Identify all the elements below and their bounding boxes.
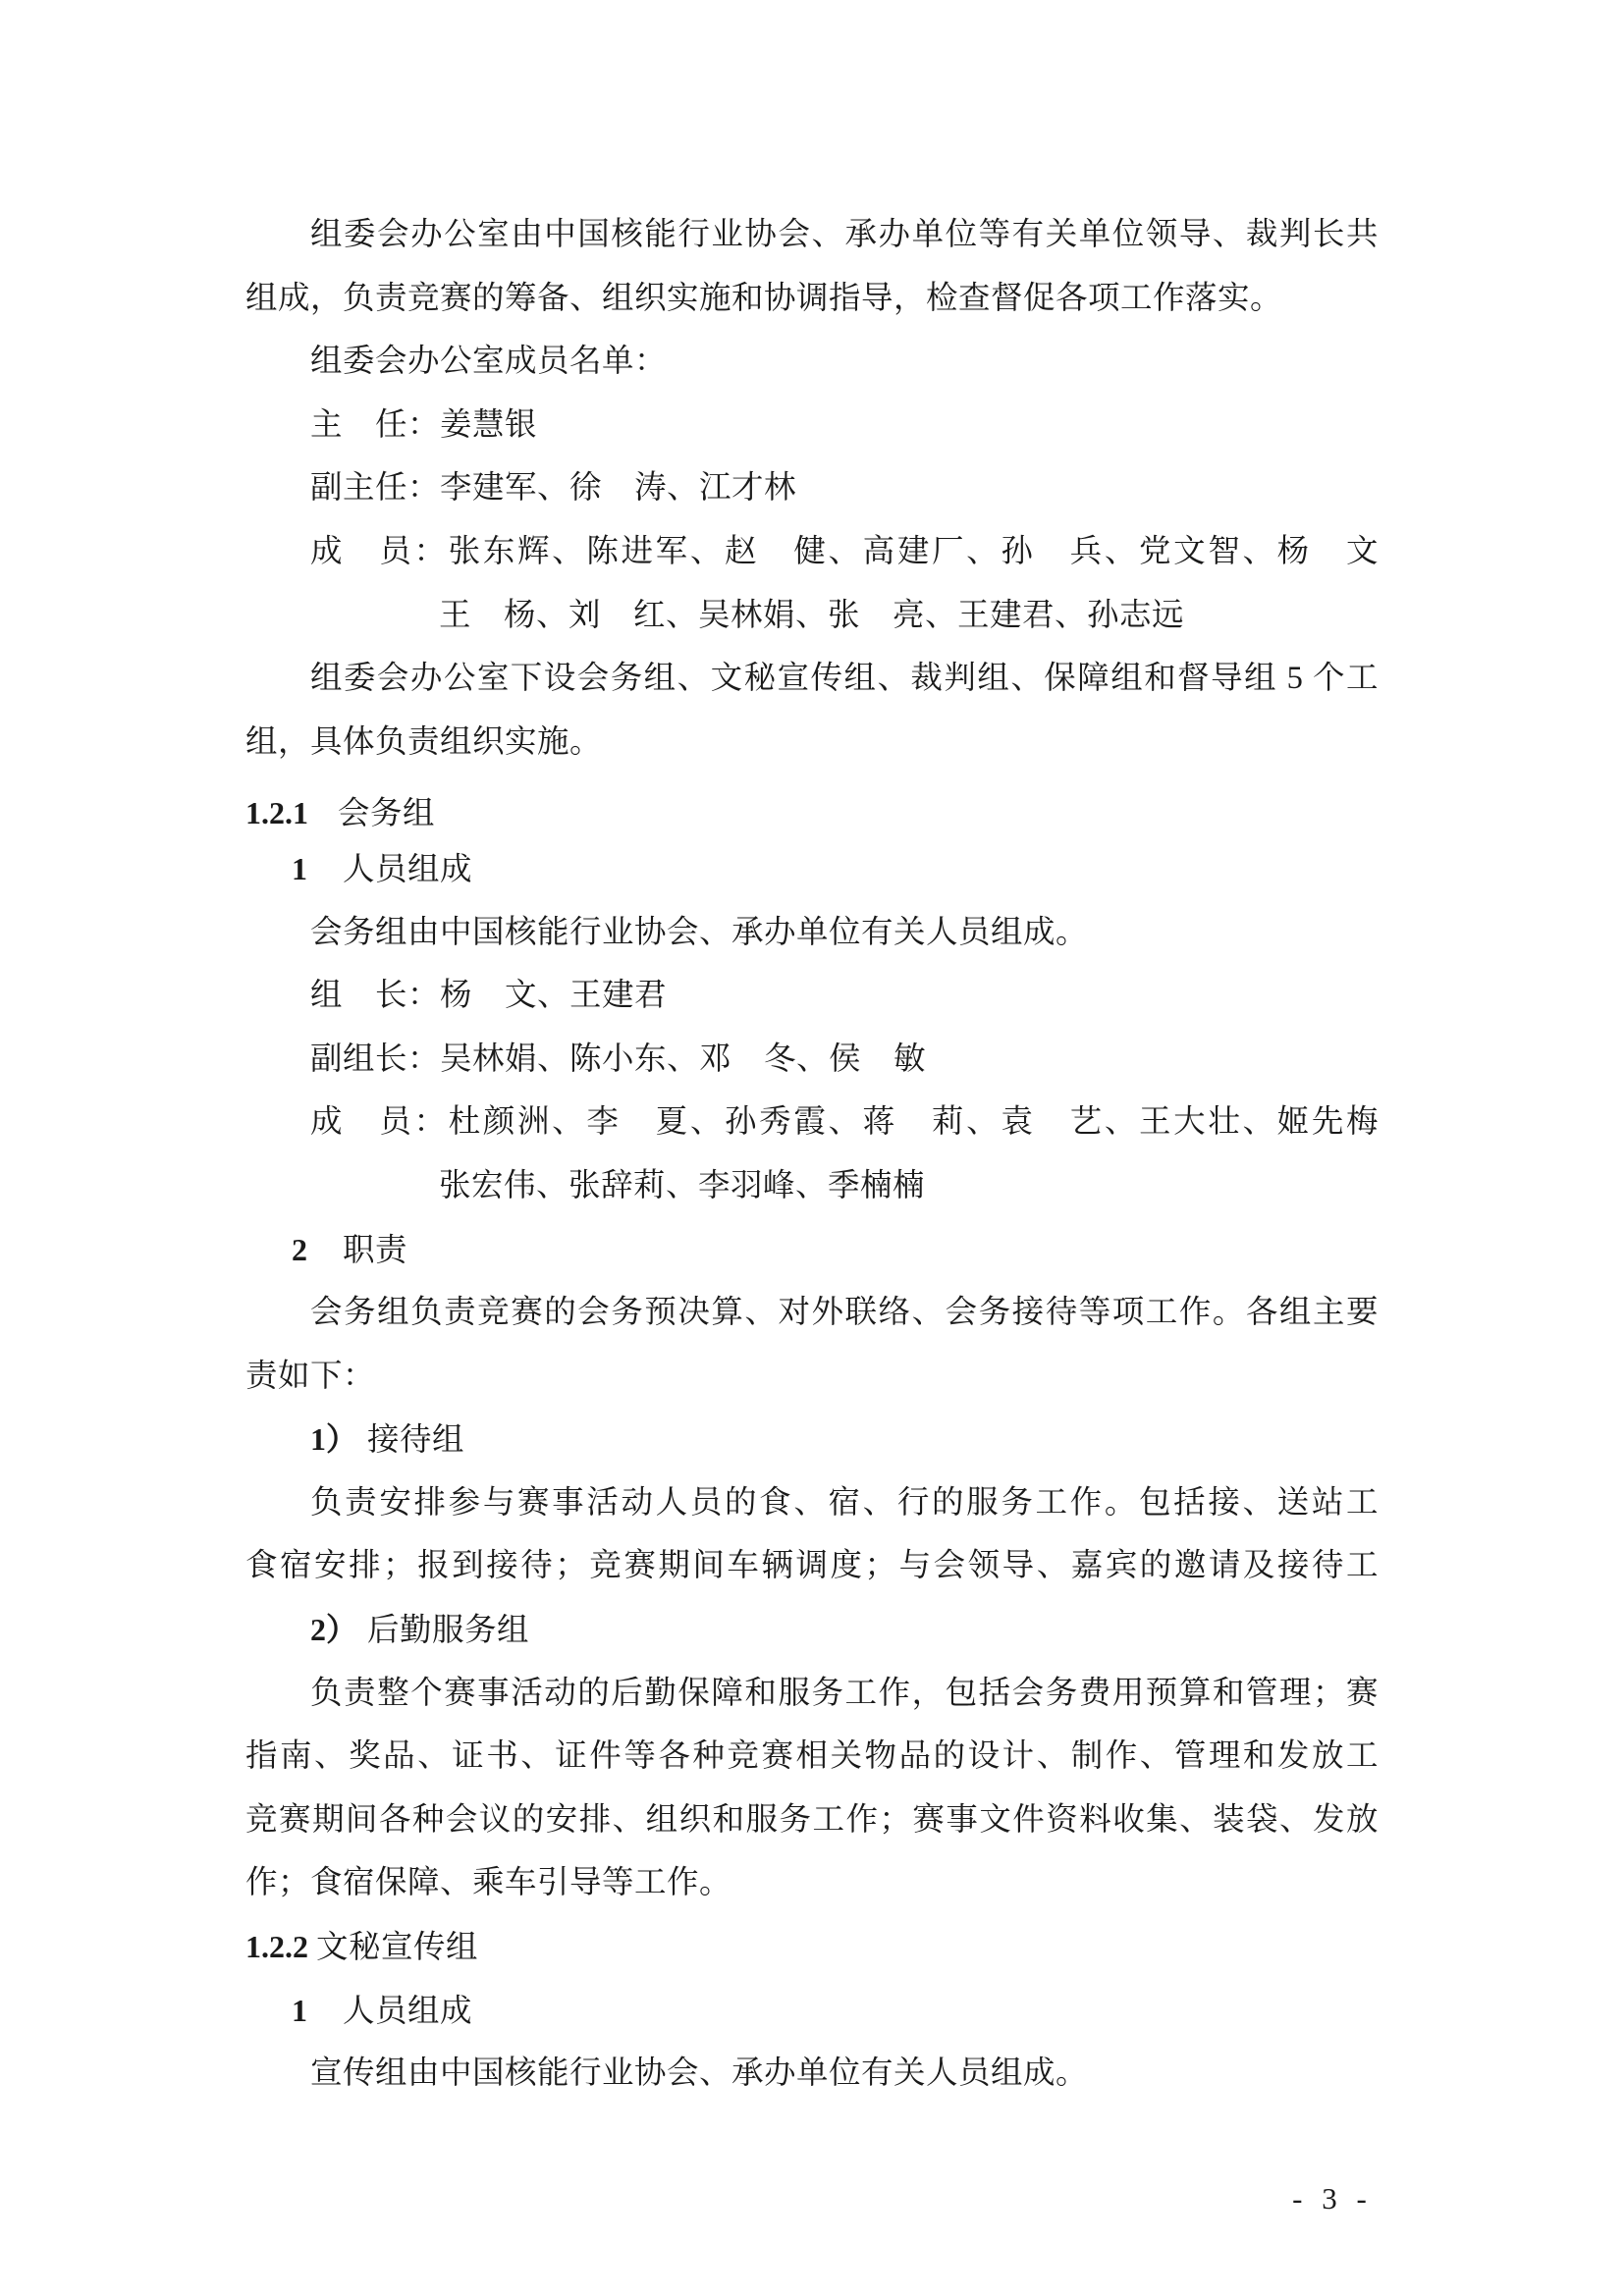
line-text: 会务组由中国核能行业协会、承办单位有关人员组成。 <box>310 915 1088 950</box>
page-number: - 3 - <box>1267 2169 1394 2228</box>
text-line: 组委会办公室由中国核能行业协会、承办单位等有关单位领导、裁判长共同 <box>310 203 1379 267</box>
heading-number: 2） <box>310 1612 357 1647</box>
line-text: 接待组 <box>367 1422 464 1458</box>
heading-number: 2 <box>292 1232 307 1267</box>
heading-line: 1人员组成 <box>292 837 1379 901</box>
heading-line: 1.2.1会务组 <box>245 781 1379 845</box>
line-text: 组 长：杨 文、王建君 <box>310 978 667 1013</box>
text-line: 竞赛期间各种会议的安排、组织和服务工作；赛事文件资料收集、装袋、发放工 <box>245 1789 1379 1852</box>
line-text: 负责整个赛事活动的后勤保障和服务工作，包括会务费用预算和管理；赛务 <box>310 1676 1379 1726</box>
line-text: 副组长：吴林娟、陈小东、邓 冬、侯 敏 <box>310 1041 926 1077</box>
text-line: 会务组负责竞赛的会务预决算、对外联络、会务接待等项工作。各组主要职 <box>310 1281 1379 1345</box>
line-text: 副主任：李建军、徐 涛、江才林 <box>310 470 796 506</box>
heading-line: 1.2.2文秘宣传组 <box>245 1915 1379 1979</box>
line-text: 成 员：杜颜洲、李 夏、孙秀霞、蒋 莉、袁 艺、王大壮、姬先梅 <box>310 1104 1379 1140</box>
text-line: 负责整个赛事活动的后勤保障和服务工作，包括会务费用预算和管理；赛务 <box>310 1662 1379 1726</box>
heading-number: 1.2.2 <box>245 1929 308 1964</box>
line-text: 人员组成 <box>343 1994 472 2029</box>
line-text: 竞赛期间各种会议的安排、组织和服务工作；赛事文件资料收集、装袋、发放工 <box>245 1802 1379 1852</box>
text-line: 责如下： <box>245 1345 1379 1409</box>
text-line: 组委会办公室下设会务组、文秘宣传组、裁判组、保障组和督导组 5 个工作 <box>310 647 1379 711</box>
text-line: 成 员：张东辉、陈进军、赵 健、高建厂、孙 兵、党文智、杨 文 <box>310 520 1379 584</box>
line-text: 组成，负责竞赛的筹备、组织实施和协调指导，检查督促各项工作落实。 <box>245 281 1282 316</box>
text-line: 组成，负责竞赛的筹备、组织实施和协调指导，检查督促各项工作落实。 <box>245 267 1379 331</box>
line-text: 组委会办公室下设会务组、文秘宣传组、裁判组、保障组和督导组 5 个工作 <box>310 661 1379 711</box>
text-line: 组 长：杨 文、王建君 <box>310 964 1379 1028</box>
line-text: 作；食宿保障、乘车引导等工作。 <box>245 1865 731 1900</box>
line-text: 张宏伟、张辞莉、李羽峰、季楠楠 <box>439 1168 925 1203</box>
line-text: 人员组成 <box>343 852 472 887</box>
line-text: 负责安排参与赛事活动人员的食、宿、行的服务工作。包括接、送站工作； <box>310 1485 1379 1535</box>
line-text: 组委会办公室由中国核能行业协会、承办单位等有关单位领导、裁判长共同 <box>310 217 1379 267</box>
text-line: 张宏伟、张辞莉、李羽峰、季楠楠 <box>439 1154 1379 1218</box>
text-line: 组委会办公室成员名单： <box>310 330 1379 394</box>
heading-number: 1 <box>292 851 307 886</box>
line-text: 食宿安排；报到接待；竞赛期间车辆调度；与会领导、嘉宾的邀请及接待工作。 <box>245 1548 1379 1598</box>
text-line: 王 杨、刘 红、吴林娟、张 亮、王建君、孙志远 <box>439 584 1379 648</box>
heading-line: 2）后勤服务组 <box>310 1598 1379 1662</box>
text-line: 指南、奖品、证书、证件等各种竞赛相关物品的设计、制作、管理和发放工作； <box>245 1725 1379 1789</box>
text-line: 成 员：杜颜洲、李 夏、孙秀霞、蒋 莉、袁 艺、王大壮、姬先梅 <box>310 1091 1379 1154</box>
text-line: 食宿安排；报到接待；竞赛期间车辆调度；与会领导、嘉宾的邀请及接待工作。 <box>245 1534 1379 1598</box>
text-line: 会务组由中国核能行业协会、承办单位有关人员组成。 <box>310 901 1379 965</box>
text-line: 副组长：吴林娟、陈小东、邓 冬、侯 敏 <box>310 1028 1379 1092</box>
document-page: 组委会办公室由中国核能行业协会、承办单位等有关单位领导、裁判长共同组成，负责竞赛… <box>0 0 1624 2296</box>
line-text: 组，具体负责组织实施。 <box>245 724 602 760</box>
text-line: 负责安排参与赛事活动人员的食、宿、行的服务工作。包括接、送站工作； <box>310 1471 1379 1535</box>
line-text: 会务组负责竞赛的会务预决算、对外联络、会务接待等项工作。各组主要职 <box>310 1295 1379 1345</box>
heading-line: 2职责 <box>292 1218 1379 1282</box>
line-text: 职责 <box>343 1233 407 1268</box>
text-line: 副主任：李建军、徐 涛、江才林 <box>310 456 1379 520</box>
text-line: 主 任：姜慧银 <box>310 394 1379 457</box>
line-text: 主 任：姜慧银 <box>310 407 537 443</box>
heading-number: 1） <box>310 1421 357 1457</box>
line-text: 组委会办公室成员名单： <box>310 344 667 379</box>
line-text: 成 员：张东辉、陈进军、赵 健、高建厂、孙 兵、党文智、杨 文 <box>310 534 1379 569</box>
line-text: 责如下： <box>245 1359 375 1394</box>
line-text: 指南、奖品、证书、证件等各种竞赛相关物品的设计、制作、管理和发放工作； <box>245 1738 1379 1789</box>
heading-number: 1.2.1 <box>245 795 308 830</box>
heading-line: 1人员组成 <box>292 1979 1379 2043</box>
heading-number: 1 <box>292 1993 307 2028</box>
line-text: 后勤服务组 <box>367 1613 529 1648</box>
text-line: 组，具体负责组织实施。 <box>245 711 1379 774</box>
line-text: 宣传组由中国核能行业协会、承办单位有关人员组成。 <box>310 2056 1088 2091</box>
text-line: 作；食宿保障、乘车引导等工作。 <box>245 1851 1379 1915</box>
line-text: 文秘宣传组 <box>316 1930 478 1965</box>
heading-line: 1）接待组 <box>310 1408 1379 1471</box>
line-text: 会务组 <box>338 796 435 831</box>
document-text: 组委会办公室由中国核能行业协会、承办单位等有关单位领导、裁判长共同组成，负责竞赛… <box>245 203 1379 2106</box>
text-line: 宣传组由中国核能行业协会、承办单位有关人员组成。 <box>310 2042 1379 2106</box>
line-text: 王 杨、刘 红、吴林娟、张 亮、王建君、孙志远 <box>439 598 1184 633</box>
